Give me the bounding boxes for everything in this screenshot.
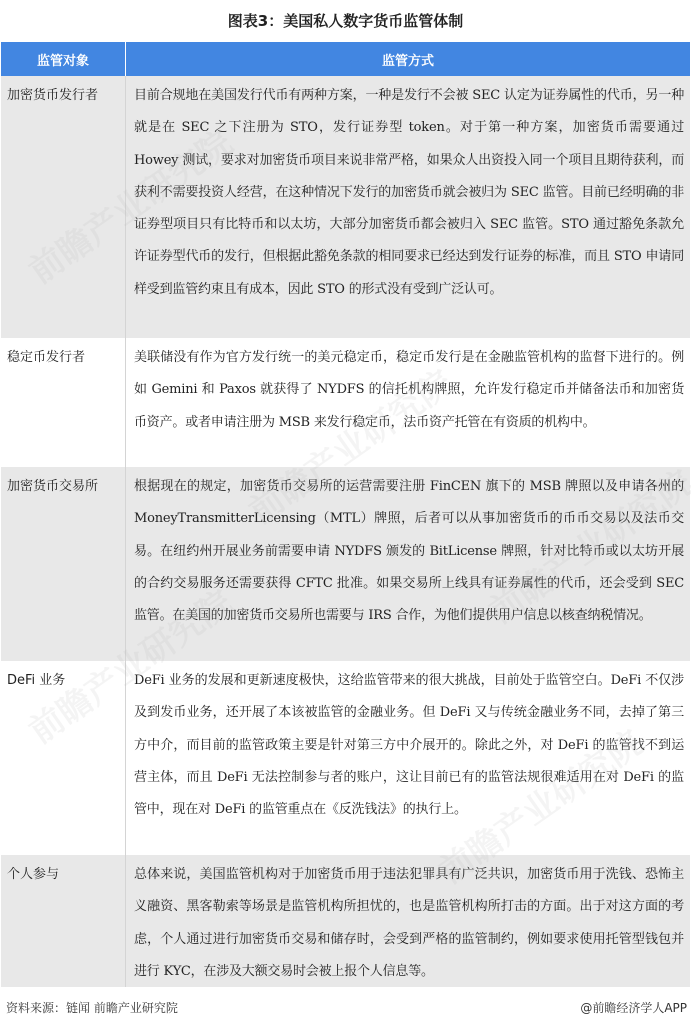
table-header: 监管对象 监管方式 <box>1 42 690 76</box>
row-subject: 加密货币发行者 <box>1 76 126 338</box>
footer: 资料来源：链闻 前瞻产业研究院 @前瞻经济学人APP <box>6 997 687 1017</box>
regulation-table: 监管对象 监管方式 加密货币发行者 目前合规地在美国发行代币有两种方案，一种是发… <box>1 42 690 987</box>
table-row: 加密货币交易所 根据现在的规定，加密货币交易所的运营需要注册 FinCEN 旗下… <box>1 467 690 661</box>
row-method: DeFi 业务的发展和更新速度极快，这给监管带来的很大挑战，目前处于监管空白。D… <box>126 661 690 855</box>
row-subject: 加密货币交易所 <box>1 467 126 661</box>
row-method: 总体来说，美国监管机构对于加密货币用于违法犯罪具有广泛共识，加密货币用于洗钱、恐… <box>126 855 690 987</box>
row-method: 美联储没有作为官方发行统一的美元稳定币，稳定币发行是在金融监管机构的监督下进行的… <box>126 338 690 467</box>
table-row: 加密货币发行者 目前合规地在美国发行代币有两种方案，一种是发行不会被 SEC 认… <box>1 76 690 338</box>
credit-note: @前瞻经济学人APP <box>580 999 687 1016</box>
header-subject: 监管对象 <box>1 42 126 76</box>
figure-title: 图表3：美国私人数字货币监管体制 <box>0 6 691 36</box>
header-method: 监管方式 <box>126 42 690 76</box>
table-row: 个人参与 总体来说，美国监管机构对于加密货币用于违法犯罪具有广泛共识，加密货币用… <box>1 855 690 987</box>
row-method: 目前合规地在美国发行代币有两种方案，一种是发行不会被 SEC 认定为证券属性的代… <box>126 76 690 338</box>
source-note: 资料来源：链闻 前瞻产业研究院 <box>6 999 178 1016</box>
table-row: DeFi 业务 DeFi 业务的发展和更新速度极快，这给监管带来的很大挑战，目前… <box>1 661 690 855</box>
row-subject: 稳定币发行者 <box>1 338 126 467</box>
table-row: 稳定币发行者 美联储没有作为官方发行统一的美元稳定币，稳定币发行是在金融监管机构… <box>1 338 690 467</box>
row-subject: DeFi 业务 <box>1 661 126 855</box>
row-method: 根据现在的规定，加密货币交易所的运营需要注册 FinCEN 旗下的 MSB 牌照… <box>126 467 690 661</box>
row-subject: 个人参与 <box>1 855 126 987</box>
